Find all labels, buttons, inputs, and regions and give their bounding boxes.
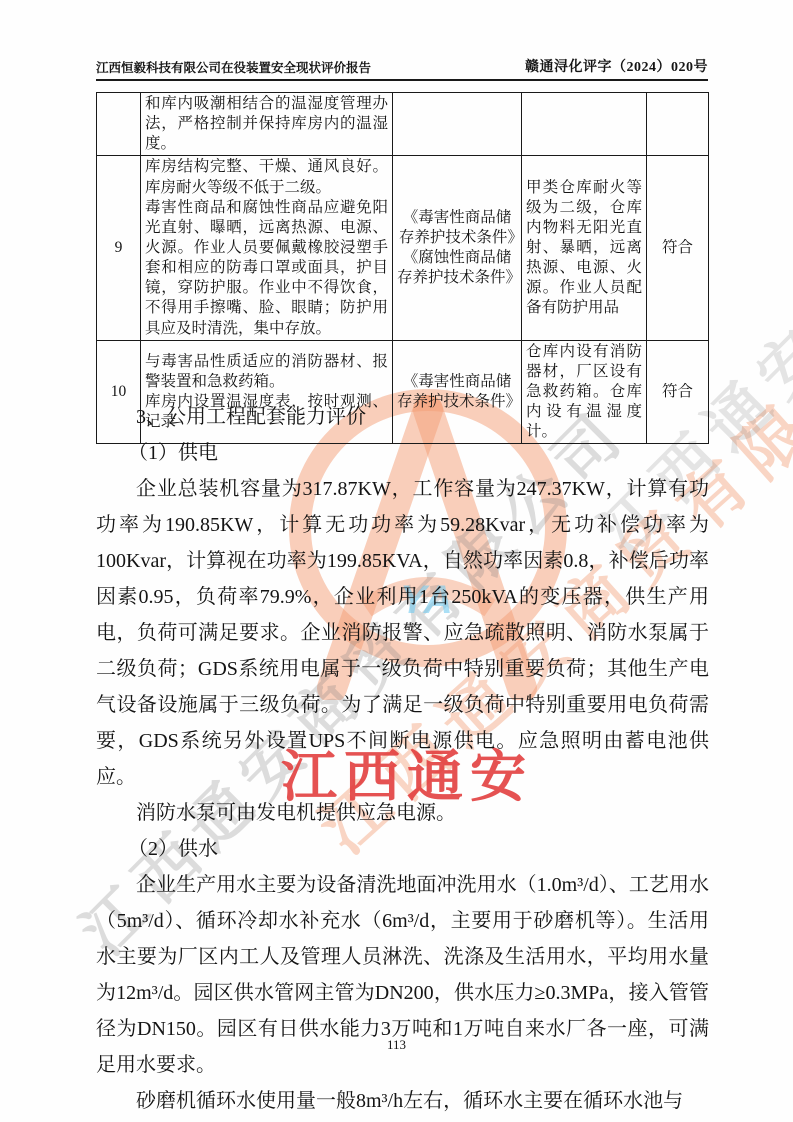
paragraph-fire-pump: 消防水泵可由发电机提供应急电源。 bbox=[96, 795, 709, 831]
cell-actual: 甲类仓库耐火等级为二级，仓库内物料无阳光直射、暴晒，远离热源、电源、火源。作业人… bbox=[522, 156, 647, 340]
cell-basis: 《毒害性商品储存养护技术条件》《腐蚀性商品储存养护技术条件》 bbox=[393, 156, 522, 340]
subsection-heading-water: （2）供水 bbox=[96, 831, 709, 867]
table-row-continued: 和库内吸潮相结合的温湿度管理办法，严格控制并保持库房内的温湿度。 bbox=[97, 93, 709, 156]
subsection-heading-power: （1）供电 bbox=[96, 435, 709, 471]
cell-number bbox=[97, 93, 141, 156]
cell-actual bbox=[522, 93, 647, 156]
cell-conclusion bbox=[647, 93, 709, 156]
section-heading: 3、公用工程配套能力评价 bbox=[96, 399, 709, 435]
cell-requirement: 库房结构完整、干燥、通风良好。库房耐火等级不低于二级。 毒害性商品和腐蚀性商品应… bbox=[141, 156, 393, 340]
paragraph-power-supply: 企业总装机容量为317.87KW，工作容量为247.37KW，计算有功功率为19… bbox=[96, 471, 709, 795]
cell-requirement: 和库内吸潮相结合的温湿度管理办法，严格控制并保持库房内的温湿度。 bbox=[141, 93, 393, 156]
requirement-text: 和库内吸潮相结合的温湿度管理办法，严格控制并保持库房内的温湿度。 bbox=[145, 94, 388, 154]
page-number: 113 bbox=[0, 1037, 793, 1053]
cell-basis bbox=[393, 93, 522, 156]
header-report-title: 江西恒毅科技有限公司在役装置安全现状评价报告 bbox=[96, 58, 371, 76]
requirement-text: 库房结构完整、干燥、通风良好。库房耐火等级不低于二级。 bbox=[145, 157, 388, 197]
document-page: 江西通安商贸有限公司 江西通安商贸有限公司 江西通安商贸有限公司 YA 江西通安… bbox=[0, 0, 793, 1122]
requirement-text: 与毒害品性质适应的消防器材、报警装置和急救药箱。 bbox=[145, 352, 388, 392]
cell-number: 9 bbox=[97, 156, 141, 340]
evaluation-table: 和库内吸潮相结合的温湿度管理办法，严格控制并保持库房内的温湿度。 9 库房结构完… bbox=[96, 92, 709, 444]
requirement-text: 毒害性商品和腐蚀性商品应避免阳光直射、曝晒，远离热源、电源、火源。作业人员要佩戴… bbox=[145, 198, 388, 339]
body-text: 3、公用工程配套能力评价 （1）供电 企业总装机容量为317.87KW，工作容量… bbox=[96, 399, 709, 1119]
page-header: 江西恒毅科技有限公司在役装置安全现状评价报告 赣通浔化评字（2024）020号 bbox=[96, 56, 708, 81]
paragraph-circulating-water: 砂磨机循环水使用量一般8m³/h左右，循环水主要在循环水池与 bbox=[96, 1083, 709, 1119]
header-document-number: 赣通浔化评字（2024）020号 bbox=[525, 56, 708, 76]
cell-conclusion: 符合 bbox=[647, 156, 709, 340]
table-row-9: 9 库房结构完整、干燥、通风良好。库房耐火等级不低于二级。 毒害性商品和腐蚀性商… bbox=[97, 156, 709, 340]
